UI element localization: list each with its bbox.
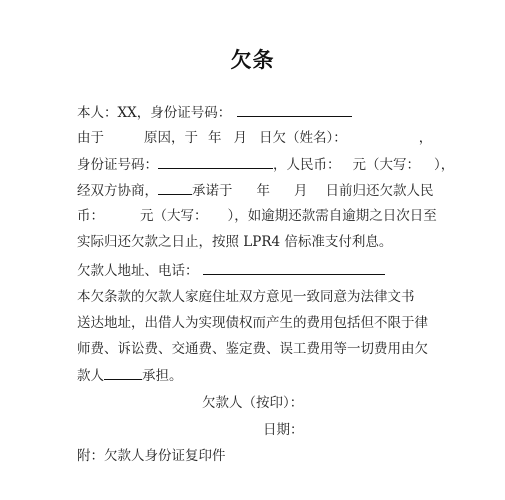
- text-segment: 款人: [77, 368, 104, 384]
- borrower-id-blank[interactable]: [237, 103, 352, 117]
- cost-bearer-blank[interactable]: [104, 366, 142, 380]
- address-phone-blank[interactable]: [203, 261, 385, 275]
- text-segment: 币：: [77, 208, 104, 224]
- document-title: 欠条: [0, 44, 505, 74]
- text-segment: 元（大写：: [353, 157, 421, 173]
- text-segment: 经双方协商，: [77, 183, 158, 199]
- borrower-id-label: 本人：XX，身份证号码：: [77, 105, 231, 121]
- reason-line: 由于原因，于年月日欠（姓名）：，: [77, 129, 432, 147]
- attachment-note: 附：欠款人身份证复印件: [77, 447, 226, 465]
- borrower-id-line: 本人：XX，身份证号码：: [77, 103, 352, 122]
- lender-id-line: 身份证号码：，人民币：元（大写：），: [77, 155, 454, 174]
- text-segment: ，: [419, 130, 433, 146]
- clause-line-4: 款人承担。: [77, 366, 183, 385]
- text-segment: 身份证号码：: [77, 157, 158, 173]
- text-segment: 元（大写：: [140, 208, 208, 224]
- text-segment: 承担。: [142, 368, 183, 384]
- text-segment: ，人民币：: [273, 157, 341, 173]
- text-segment: ），: [434, 157, 454, 173]
- lender-id-blank[interactable]: [158, 155, 273, 169]
- clause-line-2: 送达地址，出借人为实现债权而产生的费用包括但不限于律: [77, 314, 428, 332]
- text-segment: 年: [257, 183, 271, 199]
- clause-line-1: 本欠条款的欠款人家庭住址双方意见一致同意为法律文书: [77, 288, 415, 306]
- text-segment: 年: [208, 130, 222, 146]
- text-segment: 日前归还欠款人民: [326, 183, 434, 199]
- promisor-blank[interactable]: [158, 181, 192, 195]
- text-segment: 日欠（姓名）：: [259, 130, 347, 146]
- clause-line-3: 师费、诉讼费、交通费、鉴定费、误工费用等一切费用由欠: [77, 340, 428, 358]
- interest-line: 实际归还欠款之日止，按照 LPR4 倍标准支付利息。: [77, 233, 392, 251]
- text-segment: 由于: [77, 130, 104, 146]
- repayment-amount-line: 币：元（大写：），如逾期还款需自逾期之日次日至: [77, 207, 437, 225]
- date-label: 日期：: [263, 421, 304, 439]
- text-segment: 承诺于: [192, 183, 233, 199]
- address-phone-label: 欠款人地址、电话：: [77, 263, 199, 279]
- signature-label: 欠款人（按印）：: [202, 394, 303, 412]
- text-segment: 月: [294, 183, 308, 199]
- repayment-line: 经双方协商，承诺于年月日前归还欠款人民: [77, 181, 434, 200]
- text-segment: 原因，于: [144, 130, 198, 146]
- text-segment: 月: [234, 130, 248, 146]
- address-phone-line: 欠款人地址、电话：: [77, 261, 385, 280]
- text-segment: ），如逾期还款需自逾期之日次日至: [228, 208, 437, 224]
